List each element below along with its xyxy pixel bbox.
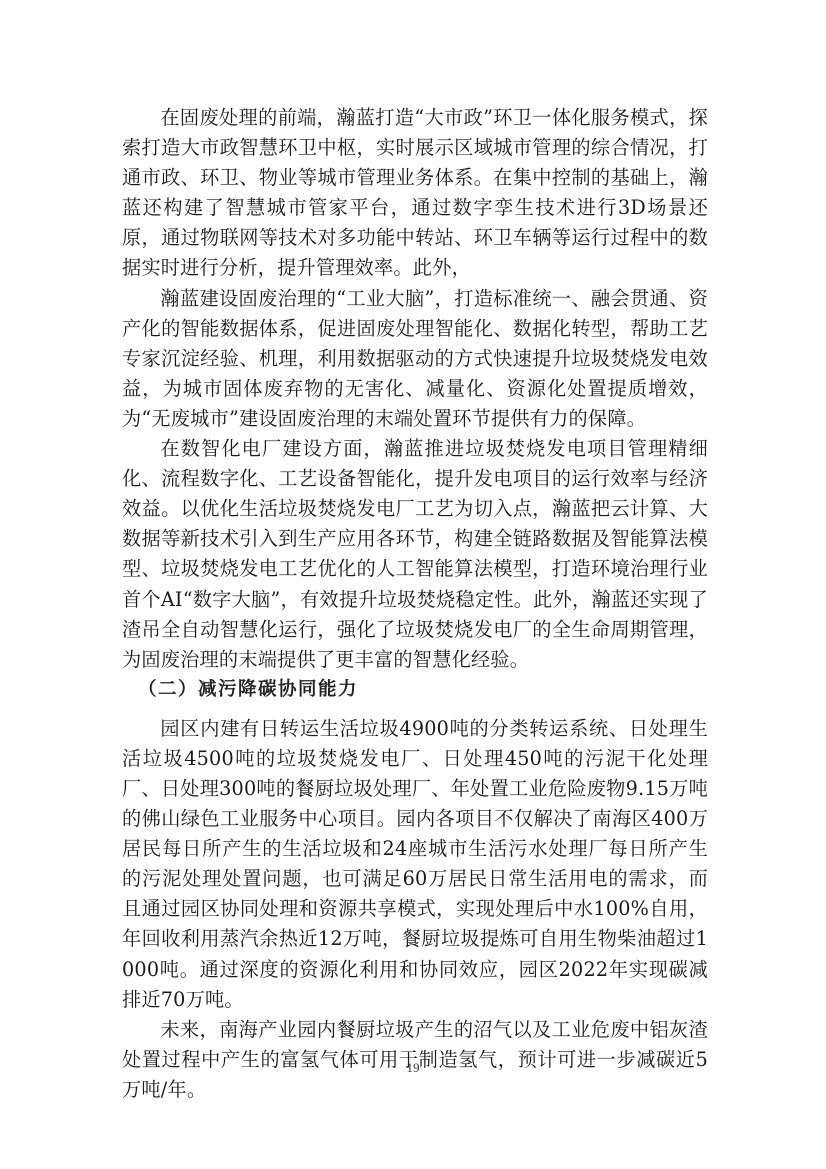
document-page: 在固废处理的前端，瀚蓝打造“大市政”环卫一体化服务模式，探索打造大市政智慧环卫中… [122,103,708,1105]
paragraph-industrial-park-capacity: 园区内建有日转运生活垃圾4900吨的分类转运系统、日处理生活垃圾4500吨的垃圾… [122,714,708,1015]
paragraph-industrial-brain: 瀚蓝建设固废治理的“工业大脑”，打造标准统一、融会贯通、资产化的智能数据体系，促… [122,284,708,434]
page-number: 19 [0,1060,826,1076]
section-heading: （二）减污降碳协同能力 [122,675,708,705]
paragraph-smart-power-plant: 在数智化电厂建设方面，瀚蓝推进垃圾焚烧发电项目管理精细化、流程数字化、工艺设备智… [122,434,708,675]
paragraph-front-end-waste-processing: 在固废处理的前端，瀚蓝打造“大市政”环卫一体化服务模式，探索打造大市政智慧环卫中… [122,103,708,284]
